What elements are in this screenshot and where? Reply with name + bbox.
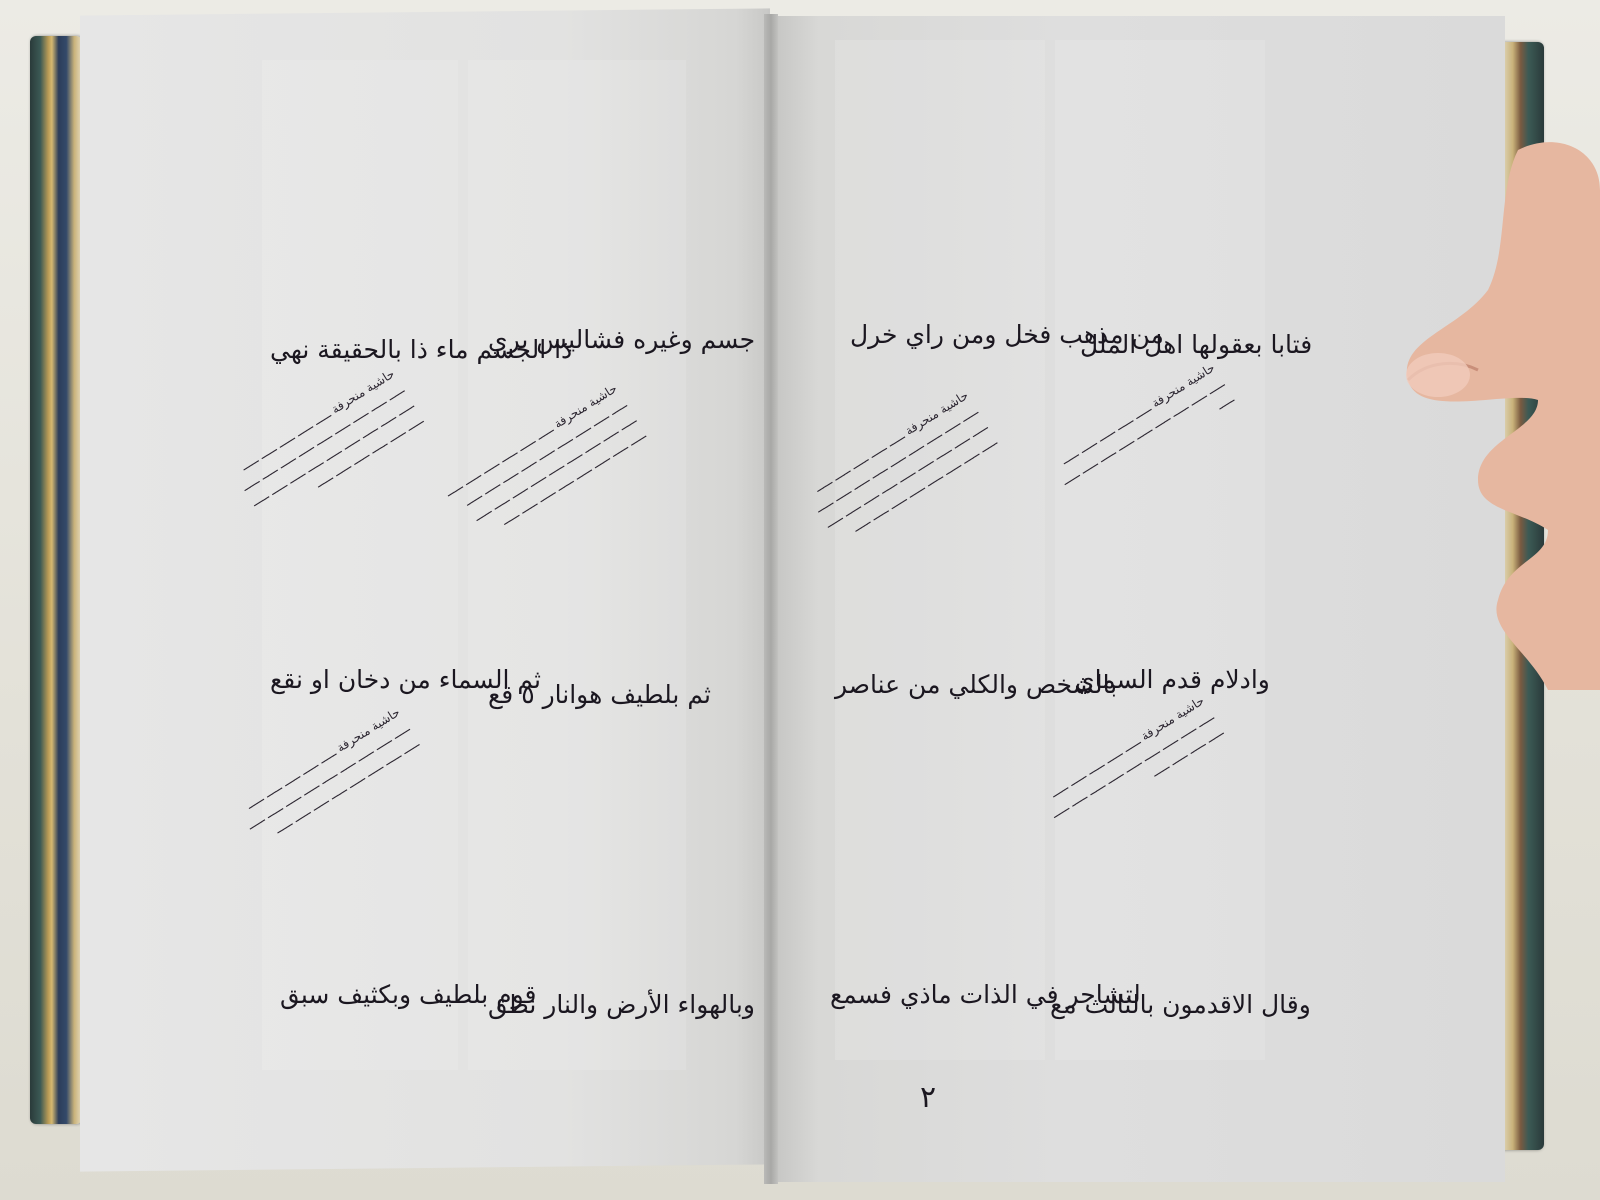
- main-text-line: بالشخص والكلي من عناصر: [835, 670, 1117, 699]
- hand-holding-book: [1398, 130, 1600, 690]
- main-text-line: ثم السماء من دخان او نقع: [270, 665, 541, 694]
- main-text-line: ذا الجسم ماء ذا بالحقيقة نهي: [270, 335, 572, 364]
- main-text-line: من مذهب فخل ومن راي خرل: [850, 320, 1164, 349]
- page-number: ٢: [920, 1080, 936, 1115]
- book-cover-left-edge: [30, 36, 82, 1124]
- right-page-column-1: [1055, 40, 1265, 1060]
- main-text-line: قوم بلطيف وبكثيف سبق: [280, 980, 537, 1009]
- main-text-line: لتشاجر في الذات ماذي فسمع: [830, 980, 1141, 1009]
- book-gutter: [764, 14, 778, 1184]
